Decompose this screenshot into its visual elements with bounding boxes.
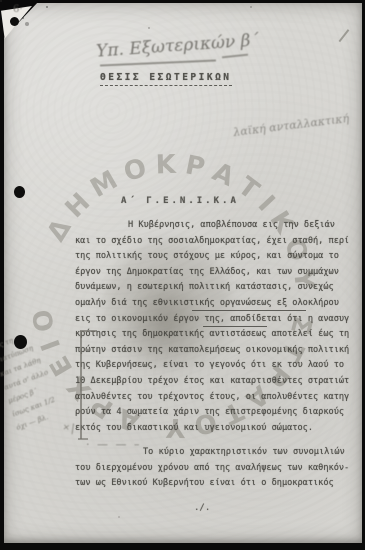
ink-emphasis-underline (192, 310, 306, 311)
body-paragraph-1: Η Κυβέρνησις, αποβλέπουσα εις την δεξιάν… (75, 218, 349, 436)
body-line: έργον της Δημοκρατίας της Ελλάδος, και τ… (75, 265, 349, 281)
ink-emphasis-underline (203, 326, 267, 327)
body-line: των ως Εθνικού Κυβερνήτου είναι ότι ο δη… (75, 476, 349, 492)
body-paragraph-2: Το κύριο χαρακτηριστικόν των συνομιλιών … (75, 445, 349, 492)
dust-specks (0, 0, 2, 2)
pencil-x-mark: ×| (62, 420, 77, 435)
document-heading: ΘΕΣΙΣ ΕΣΩΤΕΡΙΚΩΝ (100, 72, 232, 86)
pencil-bracket (80, 330, 97, 332)
body-line: Η Κυβέρνησις, αποβλέπουσα εις την δεξιάν (75, 218, 349, 234)
pencil-number-mark: 6· (13, 4, 23, 15)
section-heading: Α΄ Γ.Ε.Ν.Ι.Κ.Α (121, 196, 239, 206)
body-line: δυνάμεων, η εσωτερική πολιτική κατάστασι… (75, 280, 349, 296)
scanned-document-page: { "document": { "kind": "scanned typewri… (0, 0, 365, 550)
punch-hole (14, 186, 25, 198)
body-line: 10 Δεκεμβρίου τρέχον έτος και καταρτισθέ… (75, 374, 349, 390)
body-line: πρώτην στάσιν της καταπολεμήσεως οικονομ… (75, 343, 349, 359)
body-line: απολυθέντες του τρέχοντος έτους, οι απολ… (75, 390, 349, 406)
body-line: κρότησις της δημοκρατικής αντιστάσεως απ… (75, 327, 349, 343)
page-continuation-mark: ./. (194, 503, 210, 513)
body-line: του διερχομένου χρόνου από της αναλήψεως… (75, 461, 349, 477)
body-line: ρούν τα 4 σωματεία χάριν της επιστρεφομέ… (75, 405, 349, 421)
body-line: και το σχέδιο της σοσιαλδημοκρατίας, έχε… (75, 234, 349, 250)
body-line: της Κυβερνήσεως, είναι το γεγονός ότι εκ… (75, 358, 349, 374)
body-line: Το κύριο χαρακτηριστικόν των συνομιλιών (75, 445, 349, 461)
punch-hole (10, 17, 19, 26)
body-line: της πολιτικής τους στόχους με κύρος, και… (75, 249, 349, 265)
body-line: εκτός του δικαστικού και υγειονομικού σώ… (75, 421, 349, 437)
body-line: εις το οικονομικόν έργον της, αποδίδεται… (75, 312, 349, 328)
